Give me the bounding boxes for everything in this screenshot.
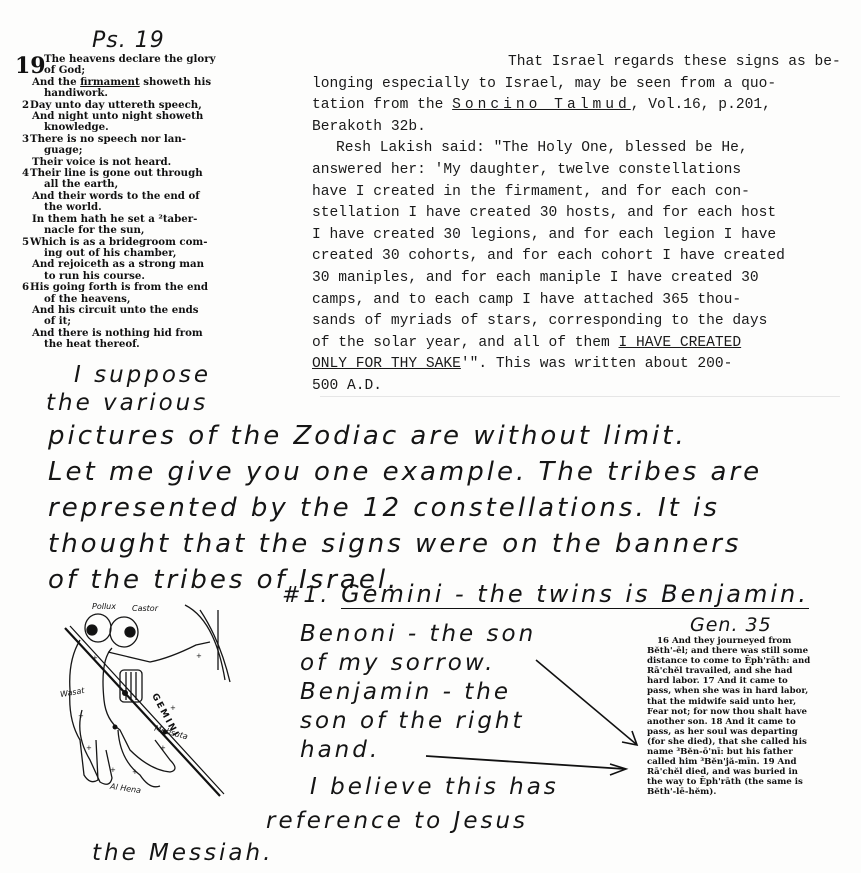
svg-text:+: + xyxy=(160,744,166,752)
genesis-line: another son. 18 And it came to xyxy=(647,717,839,727)
genesis-35-excerpt: 16 And they journeyed fromBĕth'-ēl; and … xyxy=(647,636,839,798)
genesis-line: Bĕth'-ēl; and there was still some xyxy=(647,646,839,656)
svg-text:+: + xyxy=(110,766,116,774)
genesis-line: 16 And they journeyed from xyxy=(647,636,839,646)
genesis-line: name ³Bĕn-ō'nī: but his father xyxy=(647,747,839,757)
genesis-reference-label: Gen. 35 xyxy=(690,614,772,636)
genesis-line: that the midwife said unto her, xyxy=(647,697,839,707)
star-label-castor: Castor xyxy=(132,604,158,613)
svg-text:+: + xyxy=(170,704,176,712)
svg-text:+: + xyxy=(78,712,84,720)
gemini-twins-drawing: ++ ++ ++ ++ xyxy=(20,600,250,800)
star-label-pollux: Pollux xyxy=(92,602,116,611)
genesis-line: distance to come to Ēph'rāth: and xyxy=(647,656,839,666)
genesis-line: pass, as her soul was departing xyxy=(647,727,839,737)
genesis-line: Rā'chĕl travailed, and she had xyxy=(647,666,839,676)
genesis-line: Fear not; for now thou shalt have xyxy=(647,707,839,717)
genesis-line: the way to Ēph'rāth (the same is xyxy=(647,777,839,787)
svg-text:+: + xyxy=(92,654,98,662)
genesis-line: Rā'chĕl died, and was buried in xyxy=(647,767,839,777)
genesis-line: Bĕth'-lē-hĕm). xyxy=(647,787,839,797)
gemini-constellation-illustration: ++ ++ ++ ++ Pollux Castor Wasat Mebsuta … xyxy=(20,600,250,800)
svg-text:+: + xyxy=(196,652,202,660)
genesis-line: pass, when she was in hard labor, xyxy=(647,686,839,696)
svg-text:+: + xyxy=(132,768,138,776)
genesis-line: hard labor. 17 And it came to xyxy=(647,676,839,686)
genesis-line: called him ³Bĕn'jă-mīn. 19 And xyxy=(647,757,839,767)
genesis-line: (for she died), that she called his xyxy=(647,737,839,747)
svg-text:+: + xyxy=(86,744,92,752)
